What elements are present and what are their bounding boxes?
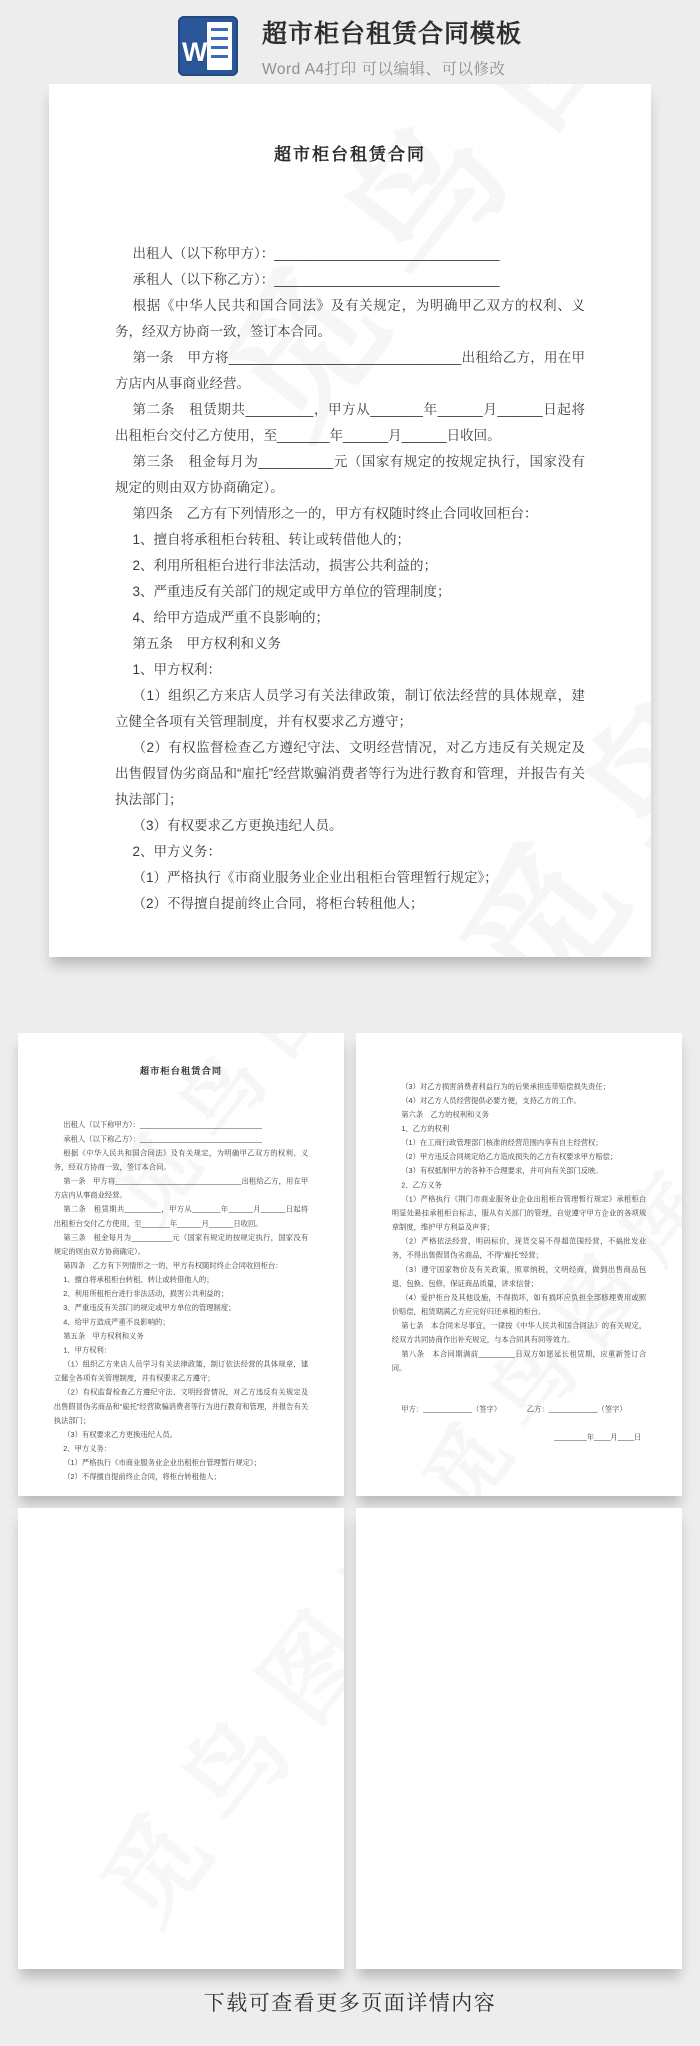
contract-line: （3）遵守国家物价及有关政策，照章纳税，文明经商，做到出售商品包退、包换、包修，…	[392, 1263, 647, 1291]
contract-line: 第一条 甲方将_______________________________出租…	[115, 345, 585, 397]
contract-line: （1）严格执行《荆门市商业服务业企业出租柜台管理暂行规定》承租柜台明显处悬挂承租…	[392, 1192, 647, 1234]
contract-line: 1、甲方权利：	[54, 1343, 309, 1357]
contract-line: （4）爱护柜台及其他设施，不得损坏，如有损坏应负担全部修理费用或照价赔偿，租赁期…	[392, 1291, 647, 1319]
contract-line: 承租人（以下称乙方）：_____________________________…	[54, 1132, 309, 1146]
contract-title: 超市柜台租赁合同	[115, 140, 585, 165]
contract-line: 1、甲方权利：	[115, 657, 585, 683]
contract-line: （2）有权监督检查乙方遵纪守法、文明经营情况，对乙方违反有关规定及出售假冒伪劣商…	[115, 735, 585, 813]
page-preview-1[interactable]: 觅鸟图库 觅鸟图库 超市柜台租赁合同 出租人（以下称甲方）：__________…	[49, 84, 651, 957]
template-title: 超市柜台租赁合同模板	[262, 14, 522, 50]
contract-line: （3）对乙方损害消费者利益行为的后果承担连带赔偿损失责任；	[392, 1080, 647, 1094]
page-thumb-1[interactable]: 觅鸟图库 超市柜台租赁合同 出租人（以下称甲方）：_______________…	[18, 1033, 344, 1496]
contract-line: 出租人（以下称甲方）：_____________________________…	[54, 1118, 309, 1132]
page-thumb-2[interactable]: 觅鸟图库 （3）对乙方损害消费者利益行为的后果承担连带赔偿损失责任；（4）对乙方…	[356, 1033, 682, 1496]
contract-line: （2）不得擅自提前终止合同，将柜台转租他人；	[54, 1470, 309, 1484]
contract-line: 出租人（以下称甲方）：_____________________________…	[115, 241, 585, 267]
contract-page-2: （3）对乙方损害消费者利益行为的后果承担连带赔偿损失责任；（4）对乙方人员经营提…	[356, 1033, 682, 1445]
word-icon-letter: W	[182, 39, 207, 66]
contract-line: （1）组织乙方来店人员学习有关法律政策，制订依法经营的具体规章，建立健全各项有关…	[115, 683, 585, 735]
word-file-icon: W	[178, 16, 238, 76]
contract-line: 根据《中华人民共和国合同法》及有关规定，为明确甲乙双方的权利、义务，经双方协商一…	[54, 1146, 309, 1174]
contract-line: 第七条 本合同未尽事宜，一律按《中华人民共和国合同法》的有关规定，经双方共同协商…	[392, 1319, 647, 1347]
thumbnail-row-2: 觅鸟图库	[0, 1508, 700, 1969]
contract-line: 1、擅自将承租柜台转租、转让或转借他人的；	[115, 527, 585, 553]
contract-page-1: 超市柜台租赁合同 出租人（以下称甲方）：____________________…	[49, 84, 651, 917]
header-text-block: 超市柜台租赁合同模板 Word A4打印 可以编辑、可以修改	[262, 14, 522, 79]
contract-body: （3）对乙方损害消费者利益行为的后果承担连带赔偿损失责任；（4）对乙方人员经营提…	[392, 1063, 647, 1444]
contract-line: （2）有权监督检查乙方遵纪守法、文明经营情况，对乙方违反有关规定及出售假冒伪劣商…	[54, 1386, 309, 1428]
contract-line: 第三条 租金每月为__________元（国家有规定的按规定执行，国家没有规定的…	[54, 1231, 309, 1259]
page-thumb-1-content: 觅鸟图库 超市柜台租赁合同 出租人（以下称甲方）：_______________…	[18, 1033, 344, 1496]
watermark: 觅鸟图库	[87, 1508, 344, 1941]
contract-line: （4）对乙方人员经营提供必要方便，支持乙方的工作。	[392, 1094, 647, 1108]
contract-line: （1）严格执行《市商业服务业企业出租柜台管理暂行规定》；	[54, 1456, 309, 1470]
contract-line: （2）甲方违反合同规定给乙方造成损失的乙方有权要求甲方赔偿；	[392, 1150, 647, 1164]
contract-line: 1、乙方的权利	[392, 1122, 647, 1136]
contract-line: （1）组织乙方来店人员学习有关法律政策，制订依法经营的具体规章，建立健全各项有关…	[54, 1357, 309, 1385]
contract-line: 甲方：____________（签字） 乙方：____________（签字）	[392, 1402, 647, 1416]
contract-line: （1）在工商行政管理部门核准的经营范围内享有自主经营权；	[392, 1136, 647, 1150]
thumbnail-row-1: 觅鸟图库 超市柜台租赁合同 出租人（以下称甲方）：_______________…	[0, 1033, 700, 1496]
template-subtitle: Word A4打印 可以编辑、可以修改	[262, 57, 522, 79]
footer-note: 下载可查看更多页面详情内容	[0, 1987, 700, 2017]
contract-page-1-mini: 超市柜台租赁合同 出租人（以下称甲方）：____________________…	[18, 1033, 344, 1484]
contract-line: 3、严重违反有关部门的规定或甲方单位的管理制度；	[115, 579, 585, 605]
contract-body: 出租人（以下称甲方）：_____________________________…	[115, 241, 585, 917]
contract-line: （1）严格执行《市商业服务业企业出租柜台管理暂行规定》；	[115, 865, 585, 891]
contract-line: （3）有权抵制甲方的各种不合理要求，并可向有关部门反映。	[392, 1164, 647, 1178]
page-thumb-2-content: 觅鸟图库 （3）对乙方损害消费者利益行为的后果承担连带赔偿损失责任；（4）对乙方…	[356, 1033, 682, 1496]
template-preview-page: W 超市柜台租赁合同模板 Word A4打印 可以编辑、可以修改 觅鸟图库 觅鸟…	[0, 0, 700, 2017]
contract-line: 2、利用所租柜台进行非法活动，损害公共利益的；	[54, 1287, 309, 1301]
contract-line: 第六条 乙方的权利和义务	[392, 1108, 647, 1122]
contract-line: 第五条 甲方权利和义务	[54, 1329, 309, 1343]
contract-line: 第四条 乙方有下列情形之一的，甲方有权随时终止合同收回柜台：	[115, 501, 585, 527]
contract-body: 出租人（以下称甲方）：_____________________________…	[54, 1118, 309, 1484]
contract-line: ________年____月____日	[392, 1430, 647, 1444]
contract-line: 1、擅自将承租柜台转租、转让或转借他人的；	[54, 1273, 309, 1287]
contract-line: 4、给甲方造成严重不良影响的；	[115, 605, 585, 631]
contract-line: 4、给甲方造成严重不良影响的；	[54, 1315, 309, 1329]
word-icon-page-glyph	[207, 22, 232, 70]
contract-line: 2、利用所租柜台进行非法活动，损害公共利益的；	[115, 553, 585, 579]
contract-line: 第一条 甲方将_______________________________出租…	[54, 1174, 309, 1202]
contract-line: 3、严重违反有关部门的规定或甲方单位的管理制度；	[54, 1301, 309, 1315]
header: W 超市柜台租赁合同模板 Word A4打印 可以编辑、可以修改	[0, 0, 700, 84]
contract-title: 超市柜台租赁合同	[54, 1063, 309, 1077]
page-thumb-3[interactable]: 觅鸟图库	[18, 1508, 344, 1969]
contract-line: 2、甲方义务：	[54, 1442, 309, 1456]
contract-line: （3）有权要求乙方更换违纪人员。	[54, 1428, 309, 1442]
contract-line: 第八条 本合同期满前_________日双方如愿延长租赁期，应重新签订合同。	[392, 1347, 647, 1375]
contract-line: 第五条 甲方权利和义务	[115, 631, 585, 657]
contract-line: （2）严格依法经营，明码标价，现货交易不得超范围经营，不搞批发业务，不得出售假冒…	[392, 1234, 647, 1262]
contract-line: 第二条 租赁期共_________，甲方从_______年______月____…	[54, 1202, 309, 1230]
contract-line: 第三条 租金每月为__________元（国家有规定的按规定执行，国家没有规定的…	[115, 449, 585, 501]
contract-line: （3）有权要求乙方更换违纪人员。	[115, 813, 585, 839]
contract-line: 根据《中华人民共和国合同法》及有关规定，为明确甲乙双方的权利、义务，经双方协商一…	[115, 293, 585, 345]
contract-line: 第四条 乙方有下列情形之一的，甲方有权随时终止合同收回柜台：	[54, 1259, 309, 1273]
contract-line: 2、甲方义务：	[115, 839, 585, 865]
contract-line: 2、乙方义务	[392, 1178, 647, 1192]
page-thumb-4[interactable]	[356, 1508, 682, 1969]
contract-line: （2）不得擅自提前终止合同，将柜台转租他人；	[115, 891, 585, 917]
contract-line: 承租人（以下称乙方）：_____________________________…	[115, 267, 585, 293]
contract-line: 第二条 租赁期共_________，甲方从_______年______月____…	[115, 397, 585, 449]
